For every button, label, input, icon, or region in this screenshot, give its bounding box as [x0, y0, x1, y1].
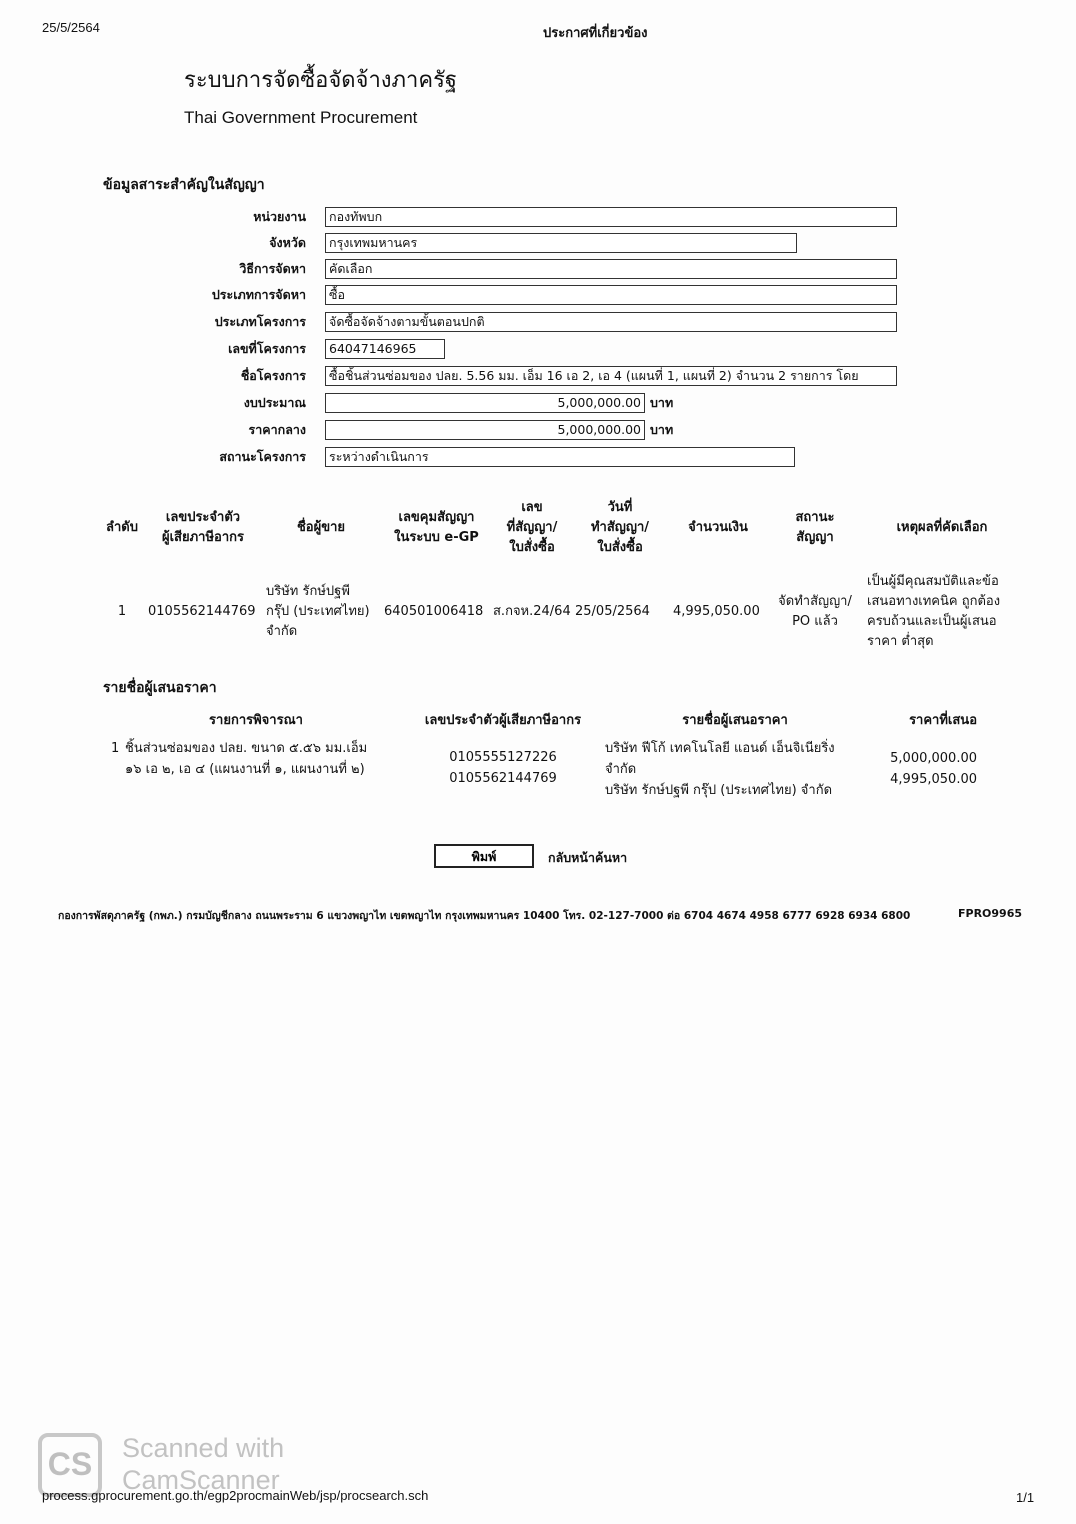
header-price: ราคาที่เสนอ: [871, 710, 983, 738]
field-value: คัดเลือก: [325, 259, 897, 279]
field-row: เลขที่โครงการ64047146965: [0, 338, 1076, 360]
field-row: ราคากลาง5,000,000.00บาท: [0, 419, 1076, 441]
field-value: ซื้อชิ้นส่วนซ่อมของ ปลย. 5.56 มม. เอ็ม 1…: [325, 366, 897, 386]
field-value: กองทัพบก: [325, 207, 897, 227]
column-header: จำนวนเงิน: [669, 498, 767, 558]
field-value: ระหว่างดำเนินการ: [325, 447, 795, 467]
field-row: ประเภทการจัดหาซื้อ: [0, 284, 1076, 306]
field-label: งบประมาณ: [106, 393, 306, 413]
field-value: ซื้อ: [325, 285, 897, 305]
field-row: จังหวัดกรุงเทพมหานคร: [0, 232, 1076, 254]
row-number: 1: [100, 558, 144, 652]
bid-prices: 5,000,000.00 4,995,050.00: [871, 738, 983, 801]
contract-date: 25/05/2564: [571, 558, 669, 652]
field-label: เลขที่โครงการ: [106, 339, 306, 359]
header-bidder-name: รายชื่อผู้เสนอราคา: [599, 710, 871, 738]
field-label: วิธีการจัดหา: [106, 259, 306, 279]
table-row: 1 ชิ้นส่วนซ่อมของ ปลย. ขนาด ๕.๕๖ มม.เอ็ม…: [105, 738, 983, 801]
page-title: ประกาศที่เกี่ยวข้อง: [543, 22, 647, 43]
column-header: เลข ที่สัญญา/ ใบสั่งซื้อ: [493, 498, 571, 558]
page-url: process.gprocurement.go.th/egp2procmainW…: [42, 1488, 428, 1503]
contract-table: ลำดับเลขประจำตัว ผู้เสียภาษีอากรชื่อผู้ข…: [100, 498, 1021, 652]
contract-amount: 4,995,050.00: [669, 558, 767, 652]
system-title-thai: ระบบการจัดซื้อจัดจ้างภาครัฐ: [184, 62, 457, 97]
field-label: ประเภทโครงการ: [106, 312, 306, 332]
print-date: 25/5/2564: [42, 20, 100, 35]
column-header: สถานะ สัญญา: [767, 498, 863, 558]
field-row: ชื่อโครงการซื้อชิ้นส่วนซ่อมของ ปลย. 5.56…: [0, 365, 1076, 387]
field-row: วิธีการจัดหาคัดเลือก: [0, 258, 1076, 280]
selection-reason: เป็นผู้มีคุณสมบัติและข้อ เสนอทางเทคนิค ถ…: [863, 558, 1021, 652]
system-title-english: Thai Government Procurement: [184, 108, 417, 128]
field-value: จัดซื้อจัดจ้างตามขั้นตอนปกติ: [325, 312, 897, 332]
contract-status: จัดทำสัญญา/ PO แล้ว: [767, 558, 863, 652]
column-header: ชื่อผู้ขาย: [262, 498, 380, 558]
contract-info-title: ข้อมูลสาระสำคัญในสัญญา: [103, 174, 265, 196]
field-row: งบประมาณ5,000,000.00บาท: [0, 392, 1076, 414]
column-header: ลำดับ: [100, 498, 144, 558]
field-label: จังหวัด: [106, 233, 306, 253]
field-label: ประเภทการจัดหา: [106, 285, 306, 305]
contract-number: ส.กจห.24/64: [493, 558, 571, 652]
field-row: ประเภทโครงการจัดซื้อจัดจ้างตามขั้นตอนปกต…: [0, 311, 1076, 333]
egp-control-number: 640501006418: [380, 558, 493, 652]
header-tax-id: เลขประจำตัวผู้เสียภาษีอากร: [407, 710, 599, 738]
back-to-search-link[interactable]: กลับหน้าค้นหา: [548, 848, 627, 868]
bidders-title: รายชื่อผู้เสนอราคา: [103, 677, 217, 699]
bid-item-description: ชิ้นส่วนซ่อมของ ปลย. ขนาด ๕.๕๖ มม.เอ็ม ๑…: [125, 738, 367, 780]
print-button[interactable]: พิมพ์: [434, 844, 534, 868]
field-unit: บาท: [650, 420, 673, 440]
column-header: เลขประจำตัว ผู้เสียภาษีอากร: [144, 498, 262, 558]
field-unit: บาท: [650, 393, 673, 413]
header-item: รายการพิจารณา: [105, 710, 407, 738]
bid-item-number: 1: [111, 738, 125, 780]
field-label: หน่วยงาน: [106, 207, 306, 227]
bid-names: บริษัท ฟีโก้ เทคโนโลยี แอนด์ เอ็นจิเนียร…: [599, 738, 871, 801]
vendor-name: บริษัท รักษ์ปฐพี กรุ๊ป (ประเทศไทย) จำกัด: [262, 558, 380, 652]
field-row: สถานะโครงการระหว่างดำเนินการ: [0, 446, 1076, 468]
field-label: ราคากลาง: [106, 420, 306, 440]
page-number: 1/1: [1016, 1490, 1034, 1505]
scanner-watermark: Scanned with CamScanner: [122, 1432, 284, 1496]
column-header: เลขคุมสัญญา ในระบบ e-GP: [380, 498, 493, 558]
table-row: 1 0105562144769 บริษัท รักษ์ปฐพี กรุ๊ป (…: [100, 558, 1021, 652]
field-value: กรุงเทพมหานคร: [325, 233, 797, 253]
bidders-table-header: รายการพิจารณา เลขประจำตัวผู้เสียภาษีอากร…: [105, 710, 983, 738]
bidders-table: รายการพิจารณา เลขประจำตัวผู้เสียภาษีอากร…: [105, 710, 983, 801]
tax-id: 0105562144769: [144, 558, 262, 652]
footer-code: FPRO9965: [958, 907, 1022, 920]
field-label: ชื่อโครงการ: [106, 366, 306, 386]
bid-item: 1 ชิ้นส่วนซ่อมของ ปลย. ขนาด ๕.๕๖ มม.เอ็ม…: [105, 738, 407, 801]
column-header: เหตุผลที่คัดเลือก: [863, 498, 1021, 558]
field-value: 5,000,000.00: [325, 420, 645, 440]
column-header: วันที่ ทำสัญญา/ ใบสั่งซื้อ: [571, 498, 669, 558]
contract-table-header: ลำดับเลขประจำตัว ผู้เสียภาษีอากรชื่อผู้ข…: [100, 498, 1021, 558]
field-value: 64047146965: [325, 339, 445, 359]
bid-tax-ids: 0105555127226 0105562144769: [407, 738, 599, 801]
field-label: สถานะโครงการ: [106, 447, 306, 467]
field-value: 5,000,000.00: [325, 393, 645, 413]
field-row: หน่วยงานกองทัพบก: [0, 206, 1076, 228]
footer-address: กองการพัสดุภาครัฐ (กพภ.) กรมบัญชีกลาง ถน…: [58, 907, 910, 924]
